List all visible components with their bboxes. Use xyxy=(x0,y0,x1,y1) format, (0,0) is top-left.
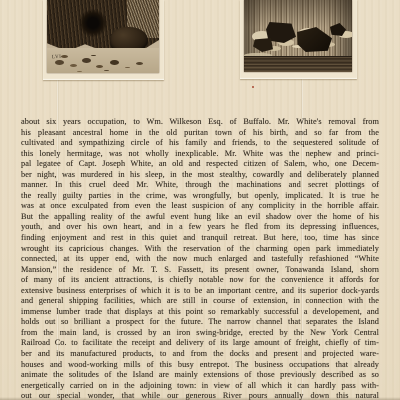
text-line: this lonely hermitage, was not wholly in… xyxy=(21,149,379,160)
text-line: his pleasant ancestral home in the old p… xyxy=(21,128,379,139)
waterfall-etching-image xyxy=(244,0,352,72)
text-line: the really guilty parties in the crime, … xyxy=(21,191,379,202)
text-line: animate the solitudes of the Island are … xyxy=(21,370,379,381)
text-line: from the main land, is crossed by an iro… xyxy=(21,328,379,339)
text-line: pal legatee of Capt. Joseph White, an ol… xyxy=(21,159,379,170)
text-line: Railroad Co. to facilitate the receipt a… xyxy=(21,338,379,349)
text-line: But the appalling reality of the awful e… xyxy=(21,212,379,223)
text-line: Mansion,” the residence of Mr. T. S. Fas… xyxy=(21,265,379,276)
cave-etching-image: LVI xyxy=(47,0,159,73)
etching-plate-left: LVI xyxy=(43,0,164,80)
text-line: about six years occupation, to Wm. Wilke… xyxy=(21,117,379,128)
text-line: manner. In this cruel deed Mr. White, th… xyxy=(21,180,379,191)
scattered-rocks xyxy=(55,60,64,65)
dark-water-band xyxy=(244,56,352,72)
text-line: of many of its ancient attractions, is c… xyxy=(21,275,379,286)
text-line: youth, and over his own heart, and in a … xyxy=(21,222,379,233)
paper-speck xyxy=(252,86,254,88)
text-line: immense lumber trade that displays at th… xyxy=(21,307,379,318)
text-line: holds out so brilliant a prospect for th… xyxy=(21,317,379,328)
text-line: and general shipping facilities, which a… xyxy=(21,296,379,307)
text-line: ber night, was murdered in his sleep, in… xyxy=(21,170,379,181)
text-line: wrought its capricious changes. With the… xyxy=(21,244,379,255)
text-line: finding enjoyment and rest in this quiet… xyxy=(21,233,379,244)
page-text: about six years occupation, to Wm. Wilke… xyxy=(21,117,379,400)
book-page: LVI about six years occupation, to Wm. W… xyxy=(0,0,400,400)
cave-hollow xyxy=(75,5,111,41)
etching-plate-right xyxy=(240,0,357,79)
text-line: houses and wood-working mills of this bu… xyxy=(21,360,379,371)
text-line: was at once exculpated from even the lea… xyxy=(21,201,379,212)
text-line: cultivated and sympathizing circle of hi… xyxy=(21,138,379,149)
text-line: ber and its manufactured products, to an… xyxy=(21,349,379,360)
text-line: connected, at its upper end, with the no… xyxy=(21,254,379,265)
text-line: energetically carried on in the adjoinin… xyxy=(21,381,379,392)
text-line: extensive business enterprises of which … xyxy=(21,286,379,297)
plate-number-inscription: LVI xyxy=(52,55,62,60)
rocky-ground xyxy=(47,48,159,73)
